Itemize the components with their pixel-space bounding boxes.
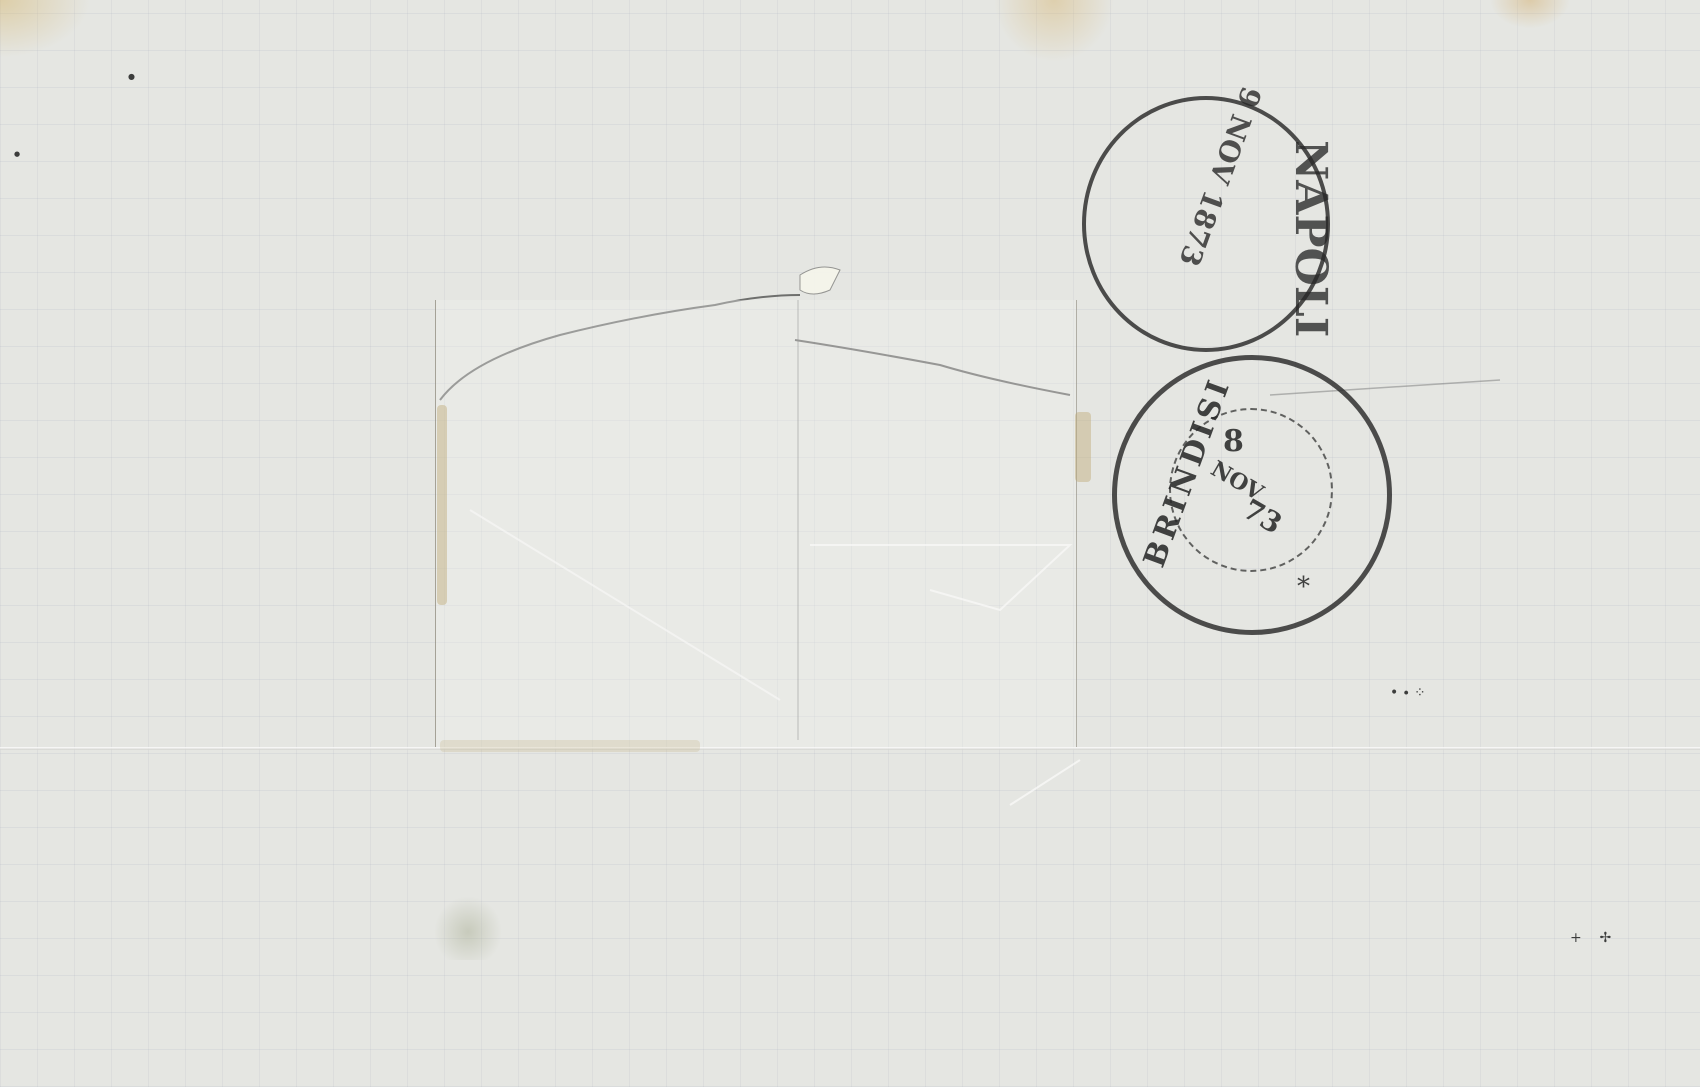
glue-stain <box>437 405 447 605</box>
brindisi-postmark: BRINDISI 8 NOV 73 * <box>1112 355 1392 635</box>
envelope-flap-outline <box>435 300 1077 747</box>
glue-stain <box>440 740 700 752</box>
ink-specks: • ∙ ⁘ <box>1390 685 1426 701</box>
postmark-day: 8 <box>1223 424 1244 459</box>
napoli-date-text: 9 NOV 1873 <box>1172 82 1267 270</box>
postmark-star-icon: * <box>1297 572 1310 602</box>
letter-sheet: NAPOLI 9 NOV 1873 BRINDISI 8 NOV 73 * • … <box>0 0 1700 1087</box>
ink-specks: + ✢ <box>1570 930 1611 946</box>
fold-crease <box>0 747 1700 750</box>
napoli-city-text: NAPOLI <box>1276 140 1336 310</box>
ink-dot: ● <box>14 150 20 158</box>
postmark-inner-ring: 8 NOV 73 <box>1169 408 1333 572</box>
faded-pencil-mark <box>428 890 508 960</box>
glue-stain <box>1075 412 1091 482</box>
napoli-postmark: NAPOLI 9 NOV 1873 <box>1082 96 1330 352</box>
ink-dot: ● <box>128 72 135 81</box>
